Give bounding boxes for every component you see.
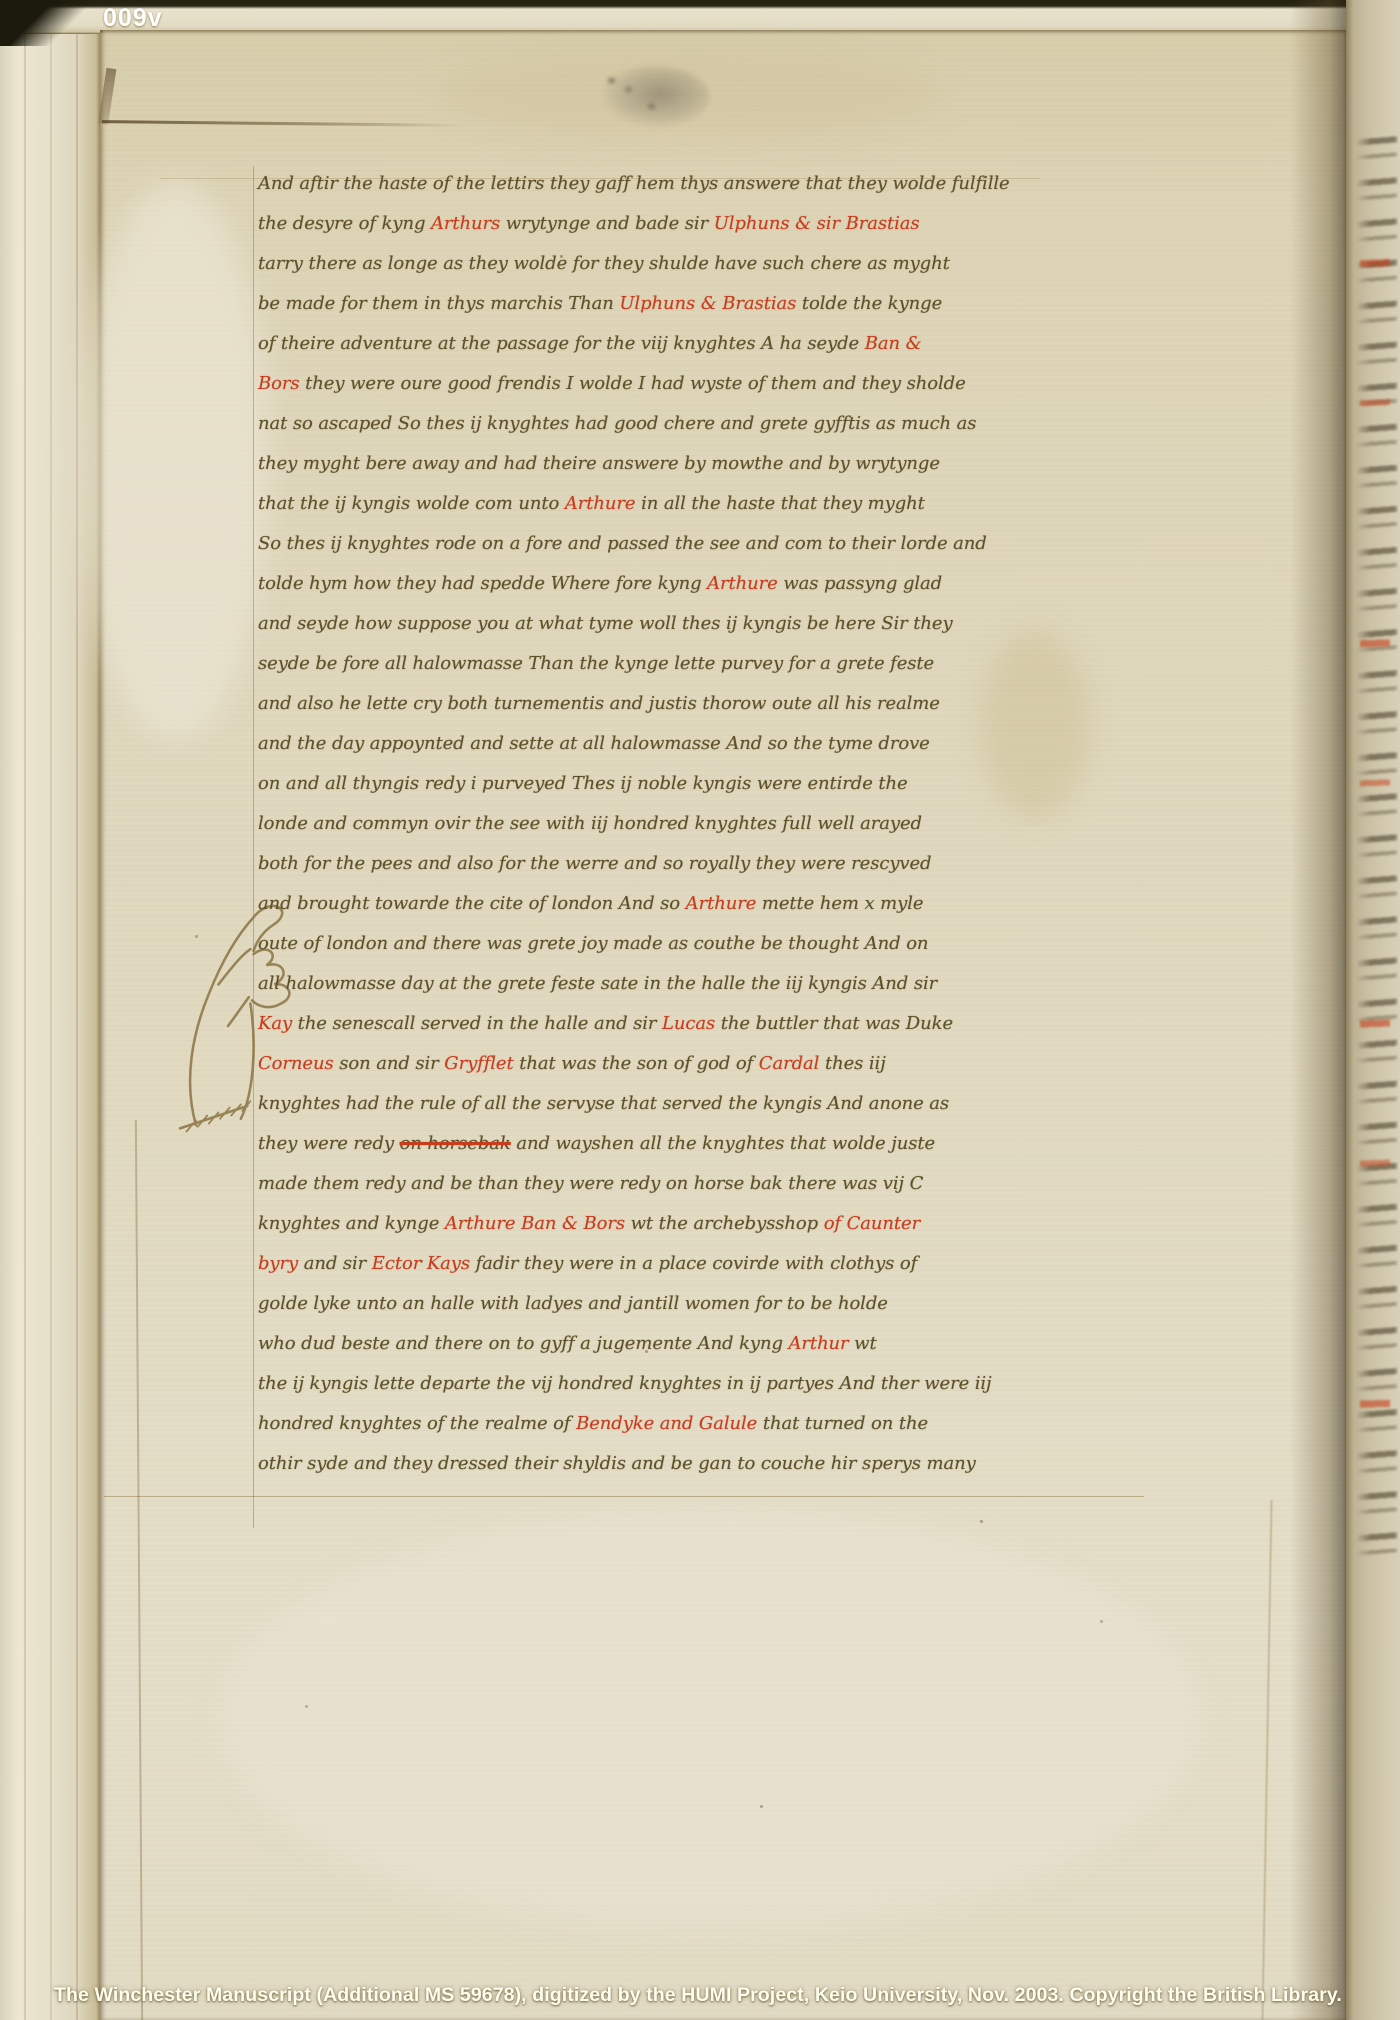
facing-page-rubric-glimpse — [1360, 140, 1390, 1540]
photo-dark-corner — [0, 0, 90, 46]
parchment-stain — [220, 1510, 1200, 1930]
ink-text: thes iij — [819, 1053, 885, 1074]
manuscript-line: the ij kyngis lette departe the vij hond… — [258, 1364, 1000, 1404]
manuscript-line: Kay the senescall served in the halle an… — [258, 1004, 1000, 1044]
manuscript-line: tolde hym how they had spedde Where fore… — [258, 564, 1000, 604]
ink-text: knyghtes had the rule of all the servyse… — [258, 1093, 949, 1114]
ink-text: they myght bere away and had theire answ… — [258, 453, 940, 474]
ink-text: in all the haste that they myght — [635, 493, 924, 514]
page-edges-left — [0, 6, 100, 2020]
manuscript-line: that the ij kyngis wolde com unto Arthur… — [258, 484, 1000, 524]
ink-text: and wayshen all the knyghtes that wolde … — [511, 1133, 935, 1154]
manuscript-line: oute of london and there was grete joy m… — [258, 924, 1000, 964]
ink-text: hondred knyghtes of the realme of — [258, 1413, 576, 1434]
gutter-shadow — [1290, 0, 1346, 2020]
ink-text: was passyng glad — [778, 573, 942, 594]
rubricated-text: Bendyke and Galule — [576, 1413, 757, 1434]
ink-text: and also he lette cry both turnementis a… — [258, 693, 940, 714]
ink-text: knyghtes and kynge — [258, 1213, 445, 1234]
folio-number-label: 009v — [103, 4, 163, 33]
ink-text: of theire adventure at the passage for t… — [258, 333, 865, 354]
manuscript-line: Bors they were oure good frendis I wolde… — [258, 364, 1000, 404]
manuscript-line: So thes ij knyghtes rode on a fore and p… — [258, 524, 1000, 564]
ink-text: oute of london and there was grete joy m… — [258, 933, 928, 954]
parchment-stain — [80, 180, 270, 740]
ink-text: made them redy and be than they were red… — [258, 1173, 923, 1194]
ink-text: mette hem x myle — [756, 893, 923, 914]
ink-text: tarry there as longe as they wolde for t… — [258, 253, 950, 274]
rubricated-text: Gryfflet — [444, 1053, 513, 1074]
manuscript-line: othir syde and they dressed their shyldi… — [258, 1444, 1000, 1484]
ink-text: that was the son of god of — [514, 1053, 759, 1074]
manuscript-line: nat so ascaped So thes ij knyghtes had g… — [258, 404, 1000, 444]
rubricated-text: Ulphuns & sir Brastias — [714, 213, 920, 234]
ink-text: So thes ij knyghtes rode on a fore and p… — [258, 533, 987, 554]
ink-text: londe and commyn ovir the see with iij h… — [258, 813, 922, 834]
ruling-line-bottom — [104, 1496, 1144, 1497]
manuscript-line: and brought towarde the cite of london A… — [258, 884, 1000, 924]
manuscript-leaf: And aftir the haste of the lettirs they … — [100, 30, 1346, 2020]
rubricated-text: Ector Kays — [372, 1253, 470, 1274]
ink-text: that turned on the — [757, 1413, 928, 1434]
ink-text: tolde the kynge — [796, 293, 942, 314]
ink-text: and brought towarde the cite of london A… — [258, 893, 686, 914]
rubricated-text: Arthurs — [431, 213, 500, 234]
manuscript-line: who dud beste and there on to gyff a jug… — [258, 1324, 1000, 1364]
manuscript-line: knyghtes and kynge Arthure Ban & Bors wt… — [258, 1204, 1000, 1244]
ink-text: nat so ascaped So thes ij knyghtes had g… — [258, 413, 976, 434]
manuscript-line: golde lyke unto an halle with ladyes and… — [258, 1284, 1000, 1324]
ink-text: on and all thyngis redy i purveyed Thes … — [258, 773, 908, 794]
ink-text: that the ij kyngis wolde com unto — [258, 493, 565, 514]
manuscript-line: And aftir the haste of the lettirs they … — [258, 164, 1000, 204]
ink-text: the ij kyngis lette departe the vij hond… — [258, 1373, 992, 1394]
ink-text: And aftir the haste of the lettirs they … — [258, 173, 1010, 194]
caption-text: The Winchester Manuscript (Additional MS… — [54, 1984, 1394, 2007]
ink-text: wrytynge and bade sir — [500, 213, 714, 234]
ink-text: and the day appoynted and sette at all h… — [258, 733, 930, 754]
manuscript-line: and the day appoynted and sette at all h… — [258, 724, 1000, 764]
ink-text: both for the pees and also for the werre… — [258, 853, 931, 874]
rubricated-text: Arthure Ban & Bors — [445, 1213, 625, 1234]
manuscript-text-block: And aftir the haste of the lettirs they … — [258, 164, 1000, 1484]
manuscript-line: of theire adventure at the passage for t… — [258, 324, 1000, 364]
ink-text: who dud beste and there on to gyff a jug… — [258, 1333, 789, 1354]
ink-text: tolde hym how they had spedde Where fore… — [258, 573, 707, 594]
rubricated-text: Kay — [258, 1013, 292, 1034]
ink-text: wt the archebysshop — [625, 1213, 824, 1234]
ink-text: and sir — [298, 1253, 372, 1274]
rubricated-text: Arthure — [565, 493, 636, 514]
ink-text: the buttler that was Duke — [715, 1013, 953, 1034]
manuscript-line: seyde be fore all halowmasse Than the ky… — [258, 644, 1000, 684]
rubricated-text: Lucas — [662, 1013, 715, 1034]
ink-text: the desyre of kyng — [258, 213, 431, 234]
manuscript-line: Corneus son and sir Gryfflet that was th… — [258, 1044, 1000, 1084]
rubricated-text: Ban & — [865, 333, 922, 354]
manuscript-line: made them redy and be than they were red… — [258, 1164, 1000, 1204]
manuscript-line: on and all thyngis redy i purveyed Thes … — [258, 764, 1000, 804]
book-top-edge — [0, 0, 1400, 34]
rubricated-text: Arthure — [707, 573, 778, 594]
ink-text: golde lyke unto an halle with ladyes and… — [258, 1293, 888, 1314]
ink-smudge — [600, 66, 710, 128]
rubricated-text: Bors — [258, 373, 300, 394]
manuscript-line: hondred knyghtes of the realme of Bendyk… — [258, 1404, 1000, 1444]
ink-text: the senescall served in the halle and si… — [292, 1013, 662, 1034]
manuscript-line: and seyde how suppose you at what tyme w… — [258, 604, 1000, 644]
rubricated-text: of Caunter — [824, 1213, 920, 1234]
rubricated-text: Cardal — [759, 1053, 820, 1074]
manuscript-line: be made for them in thys marchis Than Ul… — [258, 284, 1000, 324]
manuscript-line: and also he lette cry both turnementis a… — [258, 684, 1000, 724]
ink-text: they were redy — [258, 1133, 400, 1154]
manuscript-line: londe and commyn ovir the see with iij h… — [258, 804, 1000, 844]
rubricated-text: byry — [258, 1253, 298, 1274]
ink-text: wt — [849, 1333, 877, 1354]
manuscript-line: they myght bere away and had theire answ… — [258, 444, 1000, 484]
rubricated-text: Arthure — [686, 893, 757, 914]
ruling-line-left — [253, 166, 254, 1528]
manuscript-line: byry and sir Ector Kays fadir they were … — [258, 1244, 1000, 1284]
manuscript-line: the desyre of kyng Arthurs wrytynge and … — [258, 204, 1000, 244]
manuscript-line: knyghtes had the rule of all the servyse… — [258, 1084, 1000, 1124]
rubricated-text: Ulphuns & Brastias — [619, 293, 796, 314]
manuscript-line: both for the pees and also for the werre… — [258, 844, 1000, 884]
ink-text: son and sir — [334, 1053, 445, 1074]
manuscript-line: tarry there as longe as they wolde for t… — [258, 244, 1000, 284]
ink-text: and seyde how suppose you at what tyme w… — [258, 613, 953, 634]
rubricated-text: Corneus — [258, 1053, 334, 1074]
ink-text: they were oure good frendis I wolde I ha… — [300, 373, 966, 394]
rubricated-text: Arthur — [789, 1333, 849, 1354]
ink-text: seyde be fore all halowmasse Than the ky… — [258, 653, 934, 674]
manuscript-line: they were redy on horsebak and wayshen a… — [258, 1124, 1000, 1164]
facing-page-edge — [1346, 0, 1400, 2020]
struck-text: on horsebak — [400, 1133, 511, 1154]
manuscript-line: all halowmasse day at the grete feste sa… — [258, 964, 1000, 1004]
manuscript-photo: And aftir the haste of the lettirs they … — [0, 0, 1400, 2020]
ink-text: othir syde and they dressed their shyldi… — [258, 1453, 976, 1474]
ink-text: be made for them in thys marchis Than — [258, 293, 619, 314]
ink-text: fadir they were in a place covirde with … — [470, 1253, 917, 1274]
ink-text: all halowmasse day at the grete feste sa… — [258, 973, 937, 994]
